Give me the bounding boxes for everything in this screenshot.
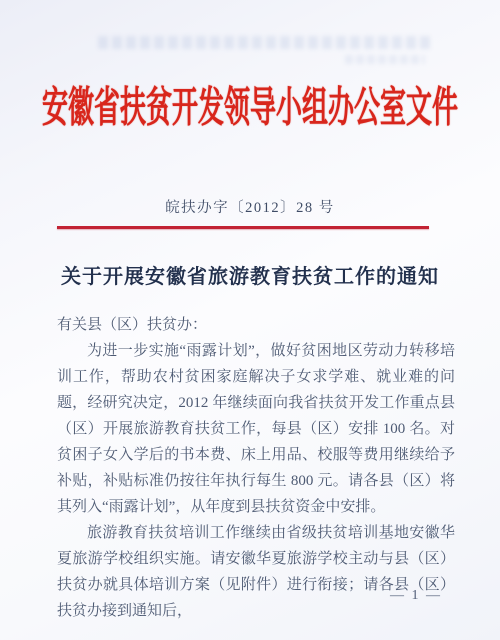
issuer-title: 安徽省扶贫开发领导小组办公室文件 bbox=[42, 74, 458, 134]
bleedthrough-text-ghost bbox=[98, 36, 430, 49]
scanned-document-page: 安徽省扶贫开发领导小组办公室文件 皖扶办字〔2012〕28 号 关于开展安徽省旅… bbox=[0, 0, 500, 640]
paragraph-2: 旅游教育扶贫培训工作继续由省级扶贫培训基地安徽华夏旅游学校组织实施。请安徽华夏旅… bbox=[57, 520, 455, 624]
letterhead: 安徽省扶贫开发领导小组办公室文件 bbox=[0, 68, 500, 140]
page-number: — 1 — bbox=[390, 588, 442, 604]
notice-body: 有关县（区）扶贫办： 为进一步实施“雨露计划”，做好贫困地区劳动力转移培训工作，… bbox=[57, 312, 455, 624]
salutation: 有关县（区）扶贫办： bbox=[57, 312, 455, 338]
paragraph-1: 为进一步实施“雨露计划”，做好贫困地区劳动力转移培训工作，帮助农村贫困家庭解决子… bbox=[57, 338, 455, 520]
red-divider-line bbox=[57, 226, 429, 229]
bleedthrough-text-ghost-small bbox=[345, 55, 425, 64]
document-number: 皖扶办字〔2012〕28 号 bbox=[0, 196, 500, 217]
notice-title: 关于开展安徽省旅游教育扶贫工作的通知 bbox=[0, 260, 500, 289]
